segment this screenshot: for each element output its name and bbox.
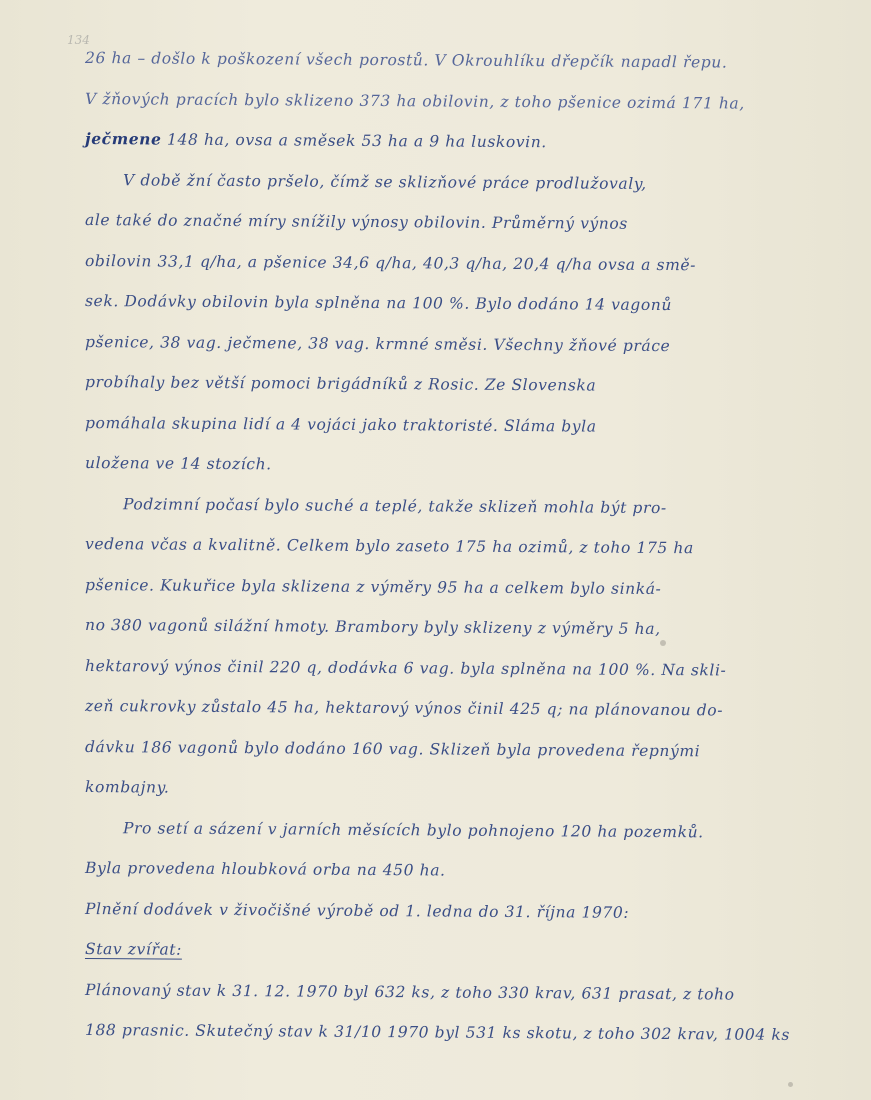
text-line: zeň cukrovky zůstalo 45 ha, hektarový vý… bbox=[85, 691, 825, 737]
text-line: pomáhala skupina lidí a 4 vojáci jako tr… bbox=[85, 408, 825, 454]
text-line-content: pšenice, 38 vag. ječmene, 38 vag. krmné … bbox=[85, 333, 670, 355]
text-line-content: hektarový výnos činil 220 q, dodávka 6 v… bbox=[85, 657, 726, 679]
text-line: Pro setí a sázení v jarních měsících byl… bbox=[85, 813, 825, 859]
text-line: Plánovaný stav k 31. 12. 1970 byl 632 ks… bbox=[85, 975, 825, 1021]
text-line-content: sek. Dodávky obilovin byla splněna na 10… bbox=[85, 292, 672, 314]
text-line: sek. Dodávky obilovin byla splněna na 10… bbox=[85, 286, 825, 332]
text-line: ječmene 148 ha, ovsa a směsek 53 ha a 9 … bbox=[85, 124, 825, 170]
text-line: obilovin 33,1 q/ha, a pšenice 34,6 q/ha,… bbox=[85, 246, 825, 292]
text-line: pšenice, 38 vag. ječmene, 38 vag. krmné … bbox=[85, 327, 825, 373]
text-line: probíhaly bez větší pomoci brigádníků z … bbox=[85, 367, 825, 413]
text-line-content: V žňových pracích bylo sklizeno 373 ha o… bbox=[85, 90, 745, 113]
text-line-content: 26 ha – došlo k poškození všech porostů.… bbox=[85, 49, 728, 71]
text-line-content: Plánovaný stav k 31. 12. 1970 byl 632 ks… bbox=[85, 981, 735, 1004]
text-line: uložena ve 14 stozích. bbox=[85, 448, 825, 494]
text-line-content: dávku 186 vagonů bylo dodáno 160 vag. Sk… bbox=[85, 738, 700, 760]
text-line-content: Stav zvířat: bbox=[85, 940, 182, 959]
text-line: vedena včas a kvalitně. Celkem bylo zase… bbox=[85, 529, 825, 575]
text-line: Podzimní počasí bylo suché a teplé, takž… bbox=[85, 489, 825, 535]
emphasized-word: ječmene bbox=[85, 129, 162, 149]
text-line-content: pomáhala skupina lidí a 4 vojáci jako tr… bbox=[85, 414, 597, 436]
text-line: Plnění dodávek v živočišné výrobě od 1. … bbox=[85, 894, 825, 940]
paper-stain bbox=[660, 640, 666, 646]
paper-stain bbox=[788, 1082, 793, 1087]
text-line-content: Pro setí a sázení v jarních měsících byl… bbox=[123, 819, 704, 841]
text-line: hektarový výnos činil 220 q, dodávka 6 v… bbox=[85, 651, 825, 697]
text-line-content: kombajny. bbox=[85, 778, 170, 797]
text-line: V žňových pracích bylo sklizeno 373 ha o… bbox=[85, 84, 825, 130]
text-line-content: vedena včas a kvalitně. Celkem bylo zase… bbox=[85, 535, 694, 557]
text-line: ale také do značné míry snížily výnosy o… bbox=[85, 205, 825, 251]
text-line-content: pšenice. Kukuřice byla sklizena z výměry… bbox=[85, 576, 662, 598]
text-line: 26 ha – došlo k poškození všech porostů.… bbox=[85, 43, 825, 89]
text-line-content: ječmene 148 ha, ovsa a směsek 53 ha a 9 … bbox=[85, 130, 547, 151]
text-line-content: ale také do značné míry snížily výnosy o… bbox=[85, 211, 628, 233]
text-line: dávku 186 vagonů bylo dodáno 160 vag. Sk… bbox=[85, 732, 825, 778]
text-line-content: Plnění dodávek v živočišné výrobě od 1. … bbox=[85, 900, 629, 922]
text-line-content: Podzimní počasí bylo suché a teplé, takž… bbox=[123, 495, 667, 517]
text-line: no 380 vagonů silážní hmoty. Brambory by… bbox=[85, 610, 825, 656]
text-line-content: Byla provedena hloubková orba na 450 ha. bbox=[85, 859, 446, 880]
text-line: Byla provedena hloubková orba na 450 ha. bbox=[85, 853, 825, 899]
section-heading: Stav zvířat: bbox=[85, 934, 825, 980]
text-line: kombajny. bbox=[85, 772, 825, 818]
text-line-content: obilovin 33,1 q/ha, a pšenice 34,6 q/ha,… bbox=[85, 252, 696, 274]
text-line: V době žní často pršelo, čímž se sklizňo… bbox=[85, 165, 825, 211]
text-line-content: zeň cukrovky zůstalo 45 ha, hektarový vý… bbox=[85, 697, 723, 719]
notebook-page: 134 26 ha – došlo k poškození všech poro… bbox=[0, 0, 871, 1100]
text-line: pšenice. Kukuřice byla sklizena z výměry… bbox=[85, 570, 825, 616]
text-line-content: probíhaly bez větší pomoci brigádníků z … bbox=[85, 373, 596, 395]
text-line-content: uložena ve 14 stozích. bbox=[85, 454, 272, 473]
text-line: 188 prasnic. Skutečný stav k 31/10 1970 … bbox=[85, 1015, 825, 1061]
text-line-content: no 380 vagonů silážní hmoty. Brambory by… bbox=[85, 616, 661, 638]
text-line-content: V době žní často pršelo, čímž se sklizňo… bbox=[123, 171, 647, 193]
text-line-content: 188 prasnic. Skutečný stav k 31/10 1970 … bbox=[85, 1021, 790, 1044]
handwritten-text-block: 26 ha – došlo k poškození všech porostů.… bbox=[85, 43, 825, 1056]
